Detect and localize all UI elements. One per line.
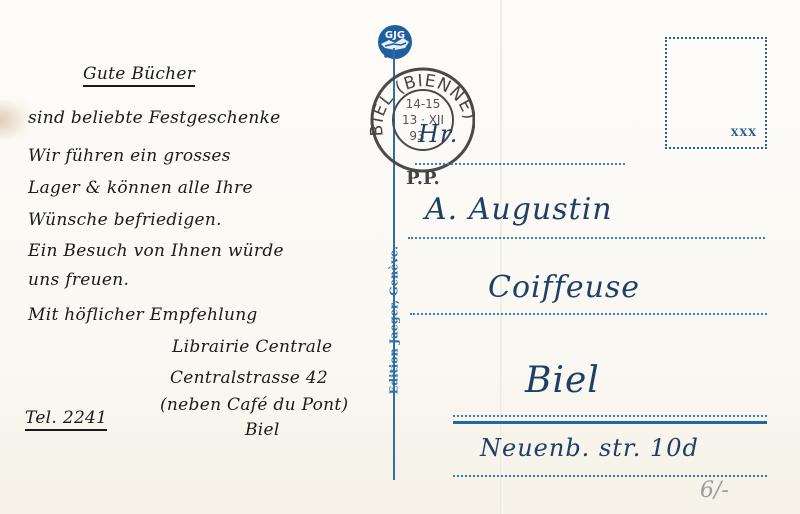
address-street: Neuenb. str. 10d [480, 434, 699, 462]
svg-text:GJG: GJG [385, 30, 405, 41]
message-line: uns freuen. [28, 270, 129, 290]
age-stain [0, 100, 28, 140]
stamp-placeholder-box: XXX [665, 37, 767, 149]
message-line: sind beliebte Festgeschenke [28, 108, 281, 128]
message-line: Lager & können alle Ihre [28, 178, 253, 198]
message-line: Wünsche befriedigen. [28, 210, 222, 230]
message-phone: Tel. 2241 [25, 408, 107, 431]
address-line-2 [408, 237, 765, 239]
message-line: (neben Café du Pont) [160, 395, 348, 415]
postcard-back: GJG Edition Jaeger, Genève. XXX BIEL (BI… [0, 0, 800, 514]
address-line-4 [453, 415, 767, 417]
address-salutation: Hr. [418, 120, 458, 148]
svg-text:P.P.: P.P. [406, 168, 440, 188]
address-line-1 [415, 163, 625, 165]
address-line-5 [453, 475, 767, 477]
message-line: Mit höflicher Empfehlung [28, 305, 258, 325]
pencil-price-note: 6/- [700, 478, 729, 503]
stamp-box-mark: XXX [731, 128, 757, 139]
message-line: Librairie Centrale [172, 337, 332, 357]
message-line: Ein Besuch von Ihnen würde [28, 241, 284, 261]
address-occupation: Coiffeuse [488, 270, 640, 305]
message-line: Centralstrasse 42 [170, 368, 328, 388]
address-city: Biel [525, 360, 600, 401]
svg-text:14-15: 14-15 [406, 97, 441, 111]
message-line: Wir führen ein grosses [28, 146, 231, 166]
publisher-logo-icon: GJG [375, 22, 415, 62]
publisher-imprint: Edition Jaeger, Genève. [388, 246, 401, 395]
address-line-3 [410, 313, 767, 315]
address-name: A. Augustin [425, 192, 613, 227]
message-line: Biel [245, 420, 280, 440]
message-heading: Gute Bücher [83, 64, 195, 87]
address-line-4-solid [453, 421, 767, 424]
